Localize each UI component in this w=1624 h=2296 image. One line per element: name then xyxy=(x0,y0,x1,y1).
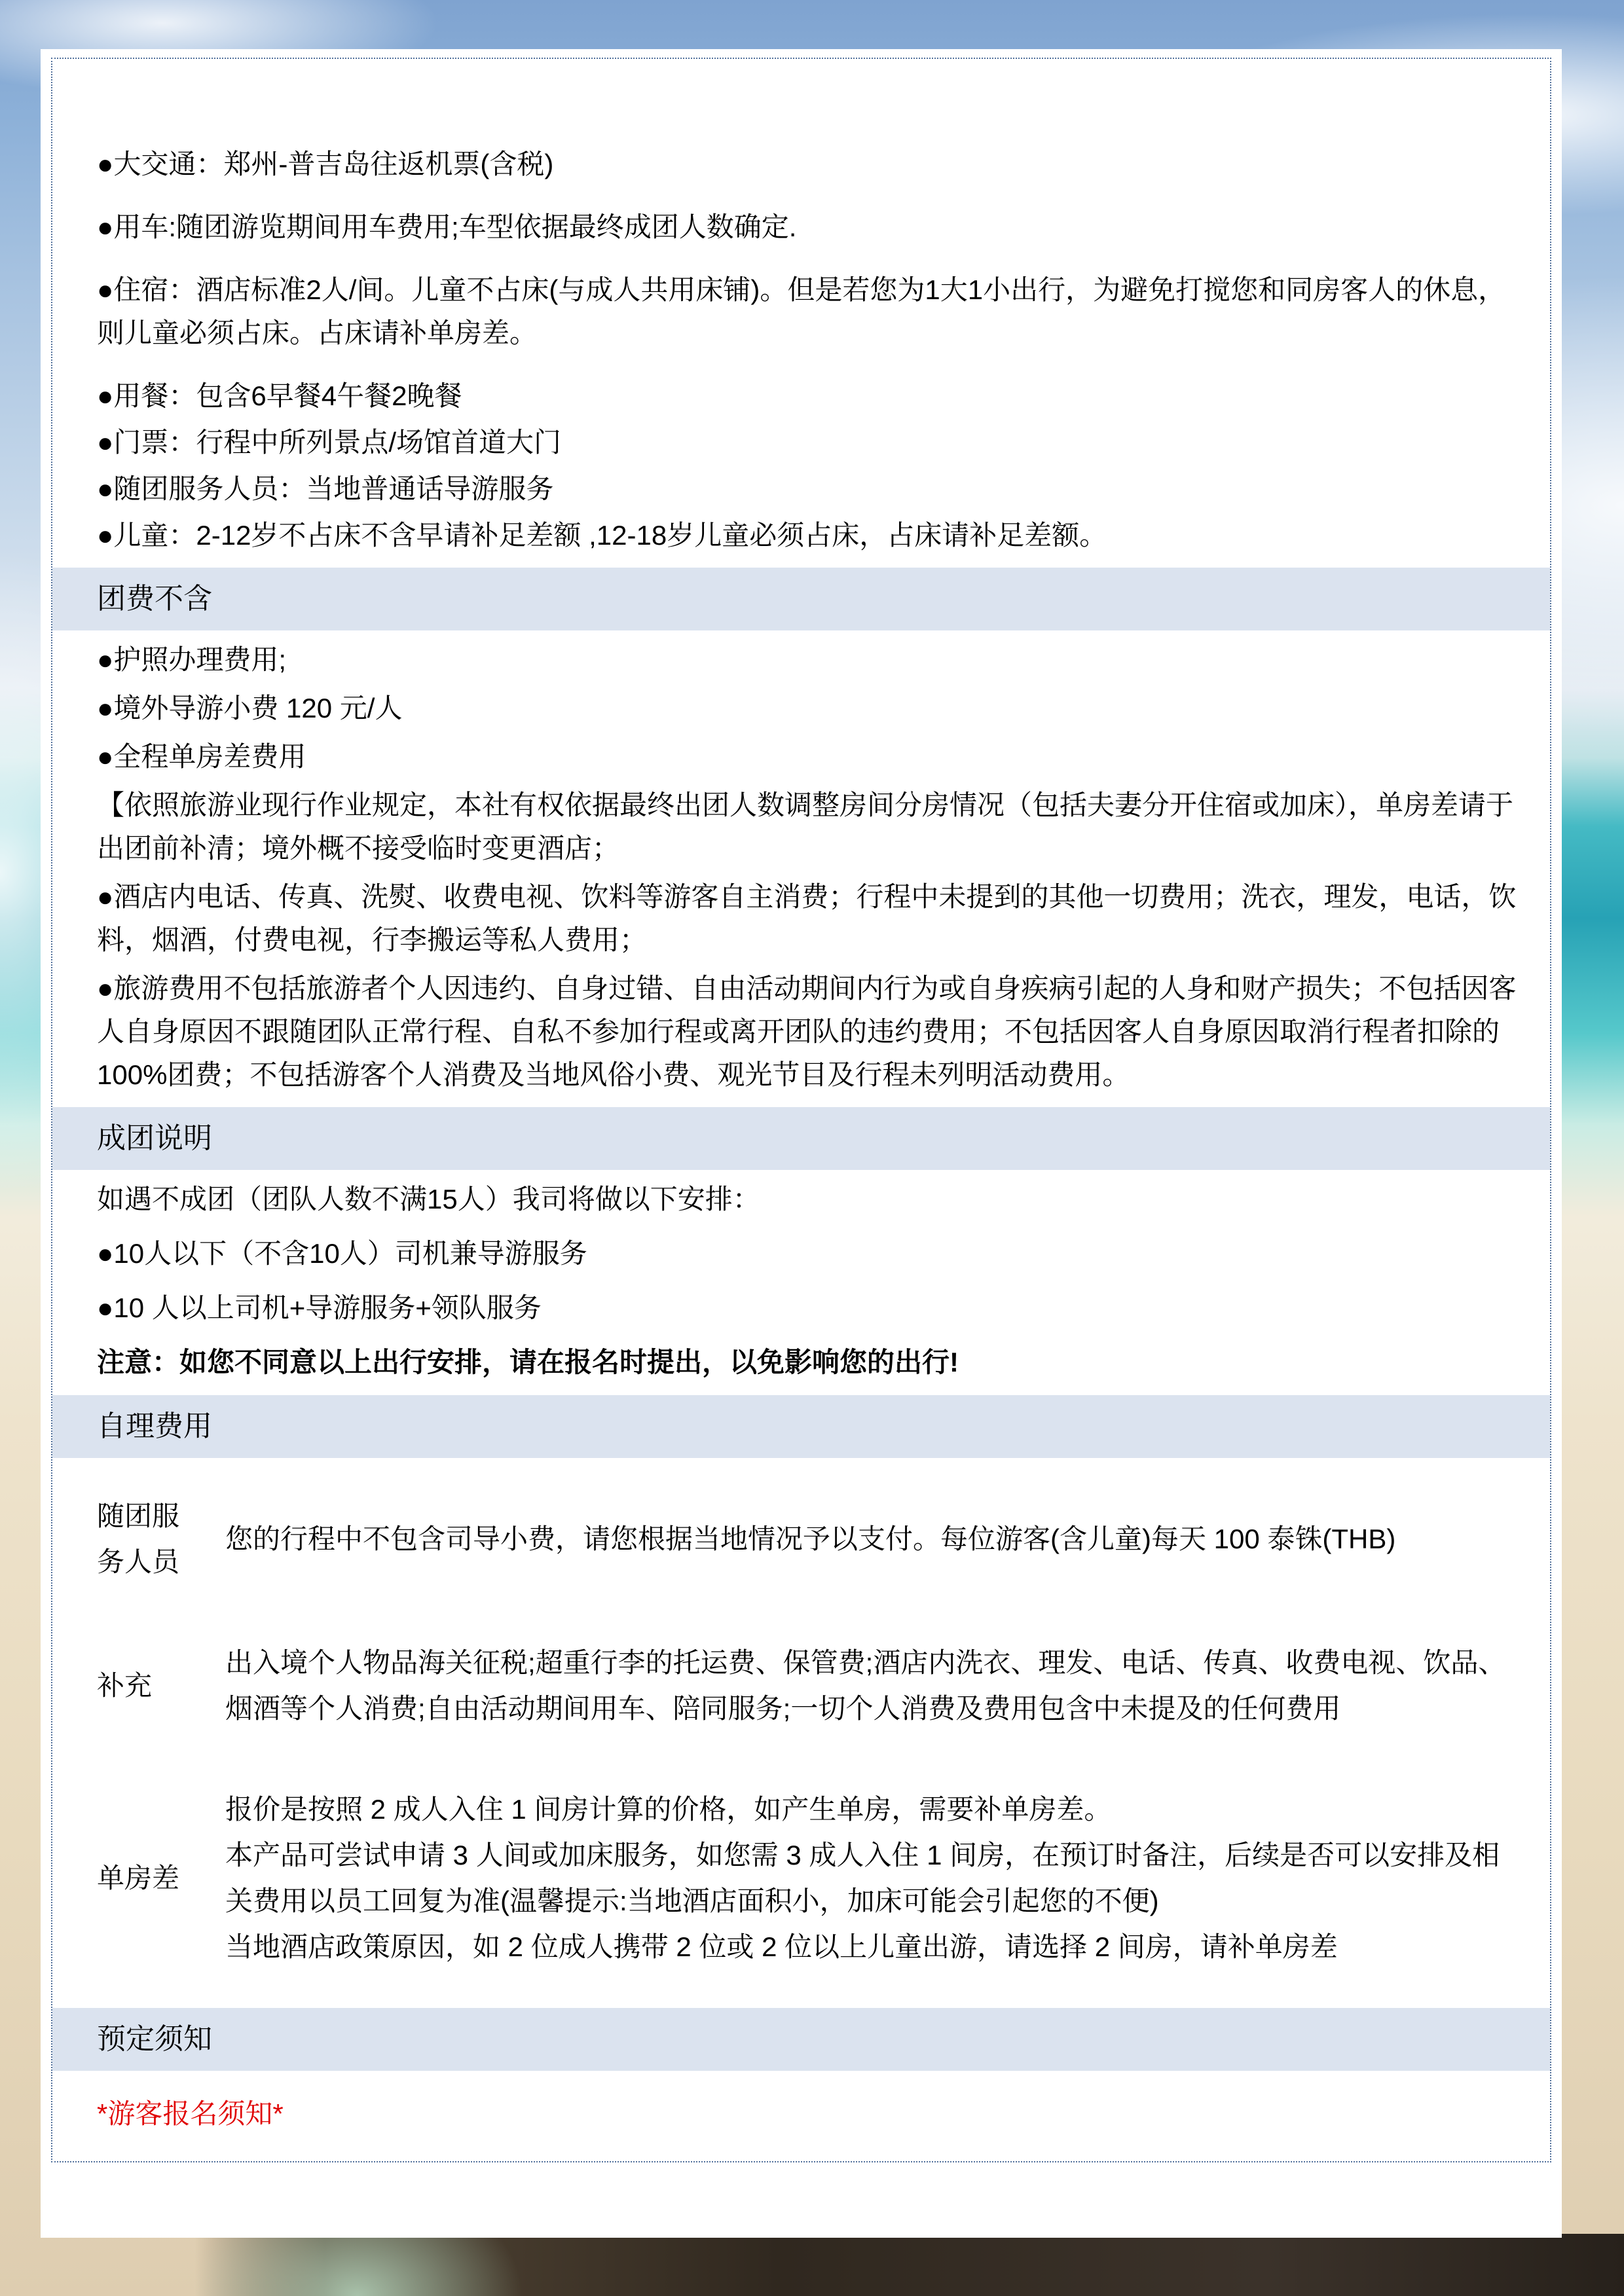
excluded-item-liability: ●旅游费用不包括旅游者个人因违约、自身过错、自由活动期间内行为或自身疾病引起的人… xyxy=(97,967,1524,1097)
section-included-items: ●大交通：郑州-普吉岛往返机票(含税) ●用车:随团游览期间用车费用;车型依据最… xyxy=(97,143,1524,557)
row-content: 您的行程中不包含司导小费，请您根据当地情况予以支付。每位游客(含儿童)每天 10… xyxy=(225,1516,1524,1562)
excluded-item-tip: ●境外导游小费 120 元/人 xyxy=(97,687,1524,730)
section-header-self-paid: 自理费用 xyxy=(52,1395,1550,1458)
included-item-hotel: ●住宿：酒店标准2人/间。儿童不占床(与成人共用床铺)。但是若您为1大1小出行，… xyxy=(97,268,1524,355)
section-header-fee-excluded: 团费不含 xyxy=(52,568,1550,630)
section-header-booking-notice: 预定须知 xyxy=(52,2008,1550,2071)
row-content: 出入境个人物品海关征税;超重行李的托运费、保管费;酒店内洗衣、理发、电话、传真、… xyxy=(225,1640,1524,1732)
included-item-vehicle: ●用车:随团游览期间用车费用;车型依据最终成团人数确定. xyxy=(97,206,1524,249)
row-content: 报价是按照 2 成人入住 1 间房计算的价格，如产生单房，需要补单房差。 本产品… xyxy=(225,1787,1524,1970)
section-header-group-info: 成团说明 xyxy=(52,1107,1550,1170)
excluded-item-hotel-consumption: ●酒店内电话、传真、洗熨、收费电视、饮料等游客自主消费；行程中未提到的其他一切费… xyxy=(97,875,1524,962)
included-item-children: ●儿童：2-12岁不占床不含早请补足差额 ,12-18岁儿童必须占床，占床请补足… xyxy=(97,514,1524,557)
document-content: ●大交通：郑州-普吉岛往返机票(含税) ●用车:随团游览期间用车费用;车型依据最… xyxy=(51,58,1551,2162)
document-card: ●大交通：郑州-普吉岛往返机票(含税) ●用车:随团游览期间用车费用;车型依据最… xyxy=(41,49,1562,2238)
included-item-tickets: ●门票：行程中所列景点/场馆首道大门 xyxy=(97,421,1524,464)
excluded-item-room-policy: 【依照旅游业现行作业规定，本社有权依据最终出团人数调整房间分房情况（包括夫妻分开… xyxy=(97,784,1524,870)
table-row-single-supplement: 单房差 报价是按照 2 成人入住 1 间房计算的价格，如产生单房，需要补单房差。… xyxy=(97,1759,1524,1997)
included-item-guide: ●随团服务人员：当地普通话导游服务 xyxy=(97,467,1524,511)
section-fee-excluded: ●护照办理费用; ●境外导游小费 120 元/人 ●全程单房差费用 【依照旅游业… xyxy=(97,638,1524,1097)
included-item-transport: ●大交通：郑州-普吉岛往返机票(含税) xyxy=(97,143,1524,186)
group-info-over-10: ●10 人以上司机+导游服务+领队服务 xyxy=(97,1286,1524,1330)
group-info-under-10: ●10人以下（不含10人）司机兼导游服务 xyxy=(97,1232,1524,1275)
table-row-supplement: 补充 出入境个人物品海关征税;超重行李的托运费、保管费;酒店内洗衣、理发、电话、… xyxy=(97,1613,1524,1759)
self-paid-table: 随团服务人员 您的行程中不包含司导小费，请您根据当地情况予以支付。每位游客(含儿… xyxy=(97,1466,1524,1997)
row-label: 随团服务人员 xyxy=(97,1493,189,1585)
group-info-notice: 注意：如您不同意以上出行安排，请在报名时提出，以免影响您的出行! xyxy=(97,1341,1524,1384)
section-header-fee-excluded-label: 团费不含 xyxy=(97,583,212,615)
section-header-group-info-label: 成团说明 xyxy=(97,1122,212,1154)
row-label: 补充 xyxy=(97,1663,189,1709)
excluded-item-passport: ●护照办理费用; xyxy=(97,638,1524,682)
included-item-meals: ●用餐：包含6早餐4午餐2晚餐 xyxy=(97,374,1524,418)
table-row-tour-staff: 随团服务人员 您的行程中不包含司导小费，请您根据当地情况予以支付。每位游客(含儿… xyxy=(97,1466,1524,1613)
section-header-booking-notice-label: 预定须知 xyxy=(97,2023,212,2055)
booking-red-note: *游客报名须知* xyxy=(97,2094,1524,2134)
excluded-item-single-room: ●全程单房差费用 xyxy=(97,735,1524,778)
row-label: 单房差 xyxy=(97,1855,189,1901)
section-group-info: 如遇不成团（团队人数不满15人）我司将做以下安排： ●10人以下（不含10人）司… xyxy=(97,1178,1524,1384)
beach-background: { "document": { "included": { "items": [… xyxy=(0,0,1624,2296)
section-header-self-paid-label: 自理费用 xyxy=(97,1410,212,1442)
group-info-intro: 如遇不成团（团队人数不满15人）我司将做以下安排： xyxy=(97,1178,1524,1221)
